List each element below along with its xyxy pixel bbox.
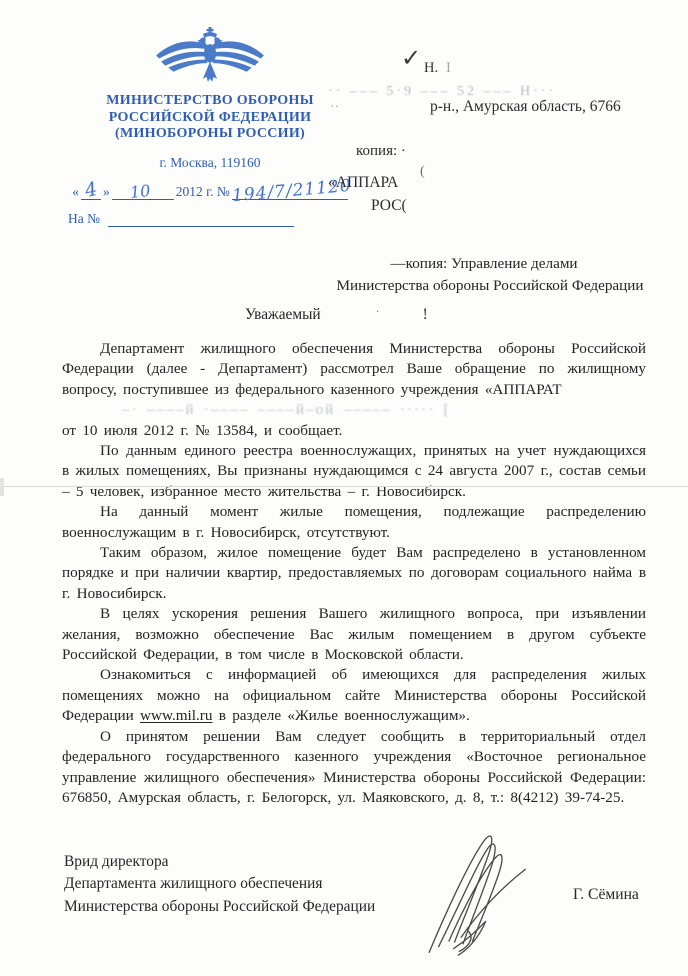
recipient-address-line: р-н., Амурская область, 6766 xyxy=(430,98,621,116)
recipient-name-fragment-faint: І xyxy=(446,60,451,77)
paragraph-1a: Департамент жилищного обеспечения Минист… xyxy=(62,339,646,400)
letterhead: МИНИСТЕРСТВО ОБОРОНЫ РОССИЙСКОЙ ФЕДЕРАЦИ… xyxy=(58,26,362,227)
erased-dots: ·· xyxy=(330,100,339,116)
city-line: г. Москва, 119160 xyxy=(58,155,362,171)
open-quote: « xyxy=(72,184,79,200)
copy-recipient-block: —копия: Управление делами Министерства о… xyxy=(318,253,662,296)
paragraph-2: По данным единого реестра военнослужащих… xyxy=(62,441,646,502)
ref-label: На № xyxy=(68,211,100,227)
signer-name: Г. Сёмина xyxy=(573,886,639,904)
erased-name-dot: · xyxy=(376,304,380,319)
close-quote: » xyxy=(103,184,110,200)
copy-label-fragment: копия: · xyxy=(356,143,406,160)
signoff-title-line1: Врид директора xyxy=(64,851,375,873)
org-name-line3: (МИНОБОРОНЫ РОССИИ) xyxy=(58,126,362,143)
checkmark-icon: ✓ xyxy=(401,44,421,72)
year-label: 2012 г. № xyxy=(176,184,230,200)
signoff-title-line2: Департамента жилищного обеспечения xyxy=(64,873,375,895)
paragraph-6: Ознакомиться с информацией об имеющихся … xyxy=(62,665,646,726)
mod-double-eagle-emblem-icon xyxy=(154,26,266,87)
incoming-ref-row: На № xyxy=(58,211,362,227)
scan-artifact-line xyxy=(0,486,688,487)
paragraph-4: Таким образом, жилое помещение будет Вам… xyxy=(62,543,646,604)
mil-ru-link[interactable]: www.mil.ru xyxy=(140,707,212,724)
copy-fragment-apparat: «АППАРА xyxy=(328,174,398,192)
date-row: « 4 » 10 2012 г. № 194/7/21120 xyxy=(58,184,362,200)
scan-smudge xyxy=(0,478,4,496)
signoff-title-line3: Министерства обороны Российской Федераци… xyxy=(64,896,375,918)
scanned-letter-page: МИНИСТЕРСТВО ОБОРОНЫ РОССИЙСКОЙ ФЕДЕРАЦИ… xyxy=(0,0,688,976)
org-name-line1: МИНИСТЕРСТВО ОБОРОНЫ xyxy=(58,93,362,110)
month-blank: 10 xyxy=(112,185,174,200)
ref-blank xyxy=(108,212,294,227)
copy-paren-fragment: ( xyxy=(420,164,425,180)
handwritten-day: 4 xyxy=(83,177,99,201)
copy-line2: Министерства обороны Российской Федераци… xyxy=(318,275,662,297)
paragraph-1b: от 10 июля 2012 г. № 13584, и сообщает. xyxy=(62,421,646,441)
copy-fragment-ros: РОС( xyxy=(371,197,407,215)
paragraph-3: На данный момент жилые помещения, подлеж… xyxy=(62,502,646,543)
redacted-line-remnant: –· ––––й ·–––– ––––й–ой ––––– ····· [ xyxy=(62,400,646,420)
org-name-line2: РОССИЙСКОЙ ФЕДЕРАЦИИ xyxy=(58,110,362,127)
paragraph-7: О принятом решении Вам следует сообщить … xyxy=(62,727,646,809)
copy-line1: —копия: Управление делами xyxy=(312,253,656,275)
letter-body: Департамент жилищного обеспечения Минист… xyxy=(62,339,646,808)
paragraph-5: В целях ускорения решения Вашего жилищно… xyxy=(62,604,646,665)
salutation: Уважаемый·! xyxy=(245,306,428,324)
salutation-prefix: Уважаемый xyxy=(245,306,321,323)
signature-scribble-icon xyxy=(418,826,544,958)
paragraph-6-after-link: в разделе «Жилье военнослужащим». xyxy=(212,707,469,724)
signoff-block: Врид директора Департамента жилищного об… xyxy=(64,851,375,918)
day-blank: 4 xyxy=(81,185,101,200)
recipient-name-fragment: Н. xyxy=(424,60,438,77)
handwritten-month: 10 xyxy=(129,180,151,201)
salutation-suffix: ! xyxy=(423,306,428,323)
